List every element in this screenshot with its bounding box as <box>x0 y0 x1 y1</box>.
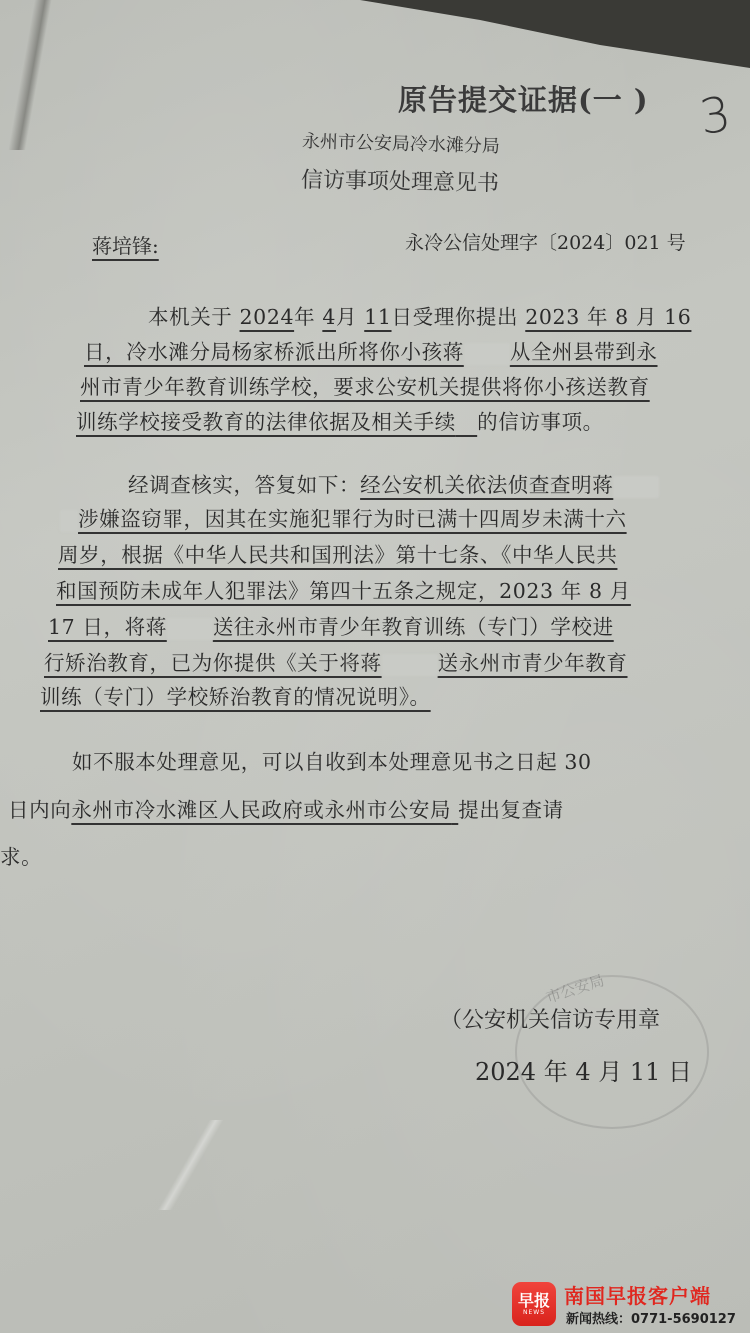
watermark-brand: 南国早报客户端 <box>564 1280 711 1309</box>
body-line-4: 训练学校接受教育的法律依据及相关手续 的信访事项。 <box>76 405 604 435</box>
text: 送永州市青少年教育 <box>438 651 628 675</box>
body-line-9: 17 日，将蒋送往永州市青少年教育训练（专门）学校进 <box>48 610 614 640</box>
text: 日受理你提出 <box>392 305 519 329</box>
document-subtitle: 信访事项处理意见书 <box>301 163 500 197</box>
received-day: 11 <box>364 305 391 329</box>
text: 提出复查请 <box>458 798 564 822</box>
text: 送往永州市青少年教育训练（专门）学校进 <box>213 615 614 639</box>
text: 经调查核实，答复如下： <box>128 473 360 497</box>
body-line-7: 周岁，根据《中华人民共和国刑法》第十七条、《中华人民共 <box>58 538 617 568</box>
body-line-10: 行矫治教育，已为你提供《关于将蒋送永州市青少年教育 <box>44 646 628 676</box>
redacted-name <box>613 476 659 498</box>
text: 涉嫌盗窃罪，因其在实施犯罪行为时已满十四周岁未满十六 <box>78 507 627 531</box>
text: 本机关于 <box>148 305 232 329</box>
text: 17 日，将蒋 <box>48 615 167 639</box>
text: 从全州县带到永 <box>510 340 658 364</box>
text: 日，冷水滩分局杨家桥派出所将你小孩蒋 <box>84 340 464 364</box>
paper-crease <box>150 1120 230 1210</box>
text: 月 <box>336 305 357 329</box>
text: 的信访事项。 <box>477 410 604 434</box>
redacted-name <box>60 510 78 532</box>
body-line-1: 本机关于 2024年 4月 11日受理你提出 2023 年 8 月 16 <box>148 300 691 330</box>
body-line-14: 求。 <box>0 840 42 870</box>
logo-subtext: NEWS <box>523 1310 545 1317</box>
incident-date: 2023 年 8 月 16 <box>525 305 691 329</box>
text: 日内向 <box>8 798 71 822</box>
text: 经公安机关依法侦查查明蒋 <box>360 473 613 497</box>
redacted-name <box>167 618 213 640</box>
received-month: 4 <box>322 305 336 329</box>
review-authorities: 永州市冷水滩区人民政府或永州市公安局 <box>71 798 451 822</box>
document-number: 永冷公信处理字〔2024〕021 号 <box>405 228 686 255</box>
logo-text: 早报 <box>518 1292 550 1310</box>
redacted-name <box>382 654 438 676</box>
document-paper: 原告提交证据(一 ) 3 永州市公安局冷水滩分局 信访事项处理意见书 蒋培锋: … <box>0 0 750 1333</box>
recipient-name: 蒋培锋: <box>92 230 159 259</box>
body-line-8: 和国预防未成年人犯罪法》第四十五条之规定，2023 年 8 月 <box>56 574 631 604</box>
text: 训练学校接受教育的法律依据及相关手续 <box>76 410 456 434</box>
evidence-title: 原告提交证据(一 ) <box>398 78 649 119</box>
watermark-hotline: 新闻热线：0771-5690127 <box>566 1308 736 1327</box>
body-line-3: 州市青少年教育训练学校，要求公安机关提供将你小孩送教育 <box>80 370 650 400</box>
received-year: 2024 <box>240 305 295 329</box>
handwritten-number: 3 <box>696 86 734 146</box>
issuing-organization: 永州市公安局冷水滩分局 <box>302 127 501 158</box>
redacted-name <box>464 343 510 365</box>
body-line-11: 训练（专门）学校矫治教育的情况说明》。 <box>40 680 431 710</box>
body-line-12: 如不服本处理意见，可以自收到本处理意见书之日起 30 <box>72 745 592 775</box>
body-line-13: 日内向永州市冷水滩区人民政府或永州市公安局 提出复查请 <box>8 793 564 823</box>
signature-date: 2024 年 4 月 11 日 <box>475 1052 692 1087</box>
seal-label: （公安机关信访专用章 <box>440 1003 660 1034</box>
body-line-6: 涉嫌盗窃罪，因其在实施犯罪行为时已满十四周岁未满十六 <box>60 502 627 532</box>
body-line-2: 日，冷水滩分局杨家桥派出所将你小孩蒋从全州县带到永 <box>84 335 658 365</box>
paper-fold-shadow <box>0 0 60 150</box>
text: 行矫治教育，已为你提供《关于将蒋 <box>44 651 382 675</box>
newspaper-logo-icon: 早报 NEWS <box>512 1282 556 1326</box>
body-line-5: 经调查核实，答复如下：经公安机关依法侦查查明蒋 <box>128 468 659 498</box>
text: 年 <box>294 305 315 329</box>
